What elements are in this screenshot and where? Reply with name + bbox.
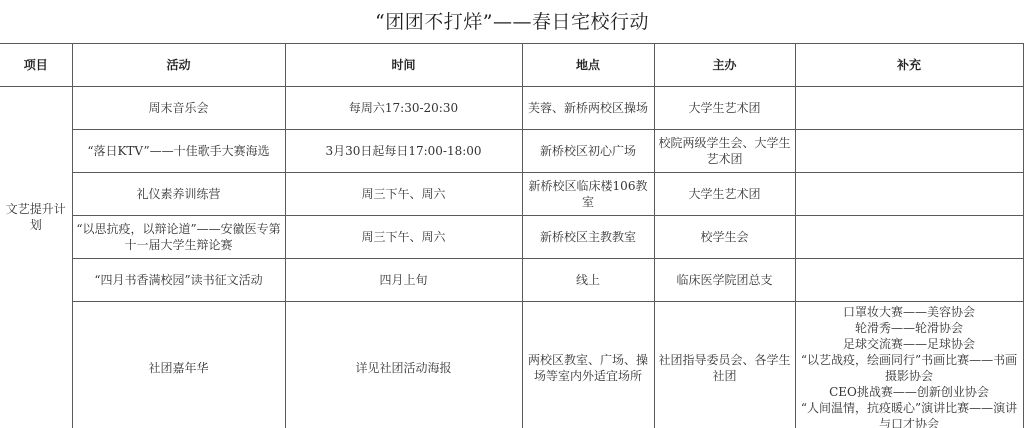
note-line: 轮滑秀——轮滑协会	[799, 320, 1020, 336]
table-row: “落日KTV”——十佳歌手大赛海选 3月30日起每日17:00-18:00 新桥…	[0, 130, 1023, 173]
notes-cell	[795, 259, 1023, 302]
notes-cell: 口罩妆大赛——美容协会 轮滑秀——轮滑协会 足球交流赛——足球协会 “以艺战疫，…	[795, 302, 1023, 428]
activity-cell: “以思抗疫，以辩论道”——安徽医专第十一届大学生辩论赛	[72, 216, 285, 259]
location-cell: 两校区教室、广场、操场等室内外适宜场所	[522, 302, 654, 428]
note-line: “人间温情，抗疫暖心”演讲比赛——演讲与口才协会	[799, 400, 1020, 428]
table-row: “四月书香满校园”读书征文活动 四月上旬 线上 临床医学院团总支	[0, 259, 1023, 302]
note-line: “以艺战疫，绘画同行”书画比赛——书画摄影协会	[799, 352, 1020, 384]
header-location: 地点	[522, 44, 654, 87]
activity-cell: “落日KTV”——十佳歌手大赛海选	[72, 130, 285, 173]
organizer-cell: 大学生艺术团	[654, 173, 795, 216]
time-cell: 周三下午、周六	[285, 216, 522, 259]
project-group-cell: 文艺提升计划	[0, 87, 72, 428]
location-cell: 线上	[522, 259, 654, 302]
table-row: 礼仪素养训练营 周三下午、周六 新桥校区临床楼106教室 大学生艺术团	[0, 173, 1023, 216]
table-row: 文艺提升计划 周末音乐会 每周六17:30-20:30 芙蓉、新桥两校区操场 大…	[0, 87, 1023, 130]
location-cell: 新桥校区初心广场	[522, 130, 654, 173]
time-cell: 周三下午、周六	[285, 173, 522, 216]
activity-cell: 社团嘉年华	[72, 302, 285, 428]
organizer-cell: 大学生艺术团	[654, 87, 795, 130]
notes-cell	[795, 216, 1023, 259]
note-line: CEO挑战赛——创新创业协会	[799, 384, 1020, 400]
location-cell: 新桥校区主教教室	[522, 216, 654, 259]
organizer-cell: 校院两级学生会、大学生艺术团	[654, 130, 795, 173]
header-time: 时间	[285, 44, 522, 87]
location-cell: 芙蓉、新桥两校区操场	[522, 87, 654, 130]
activity-cell: 礼仪素养训练营	[72, 173, 285, 216]
time-cell: 3月30日起每日17:00-18:00	[285, 130, 522, 173]
time-cell: 每周六17:30-20:30	[285, 87, 522, 130]
time-cell: 四月上旬	[285, 259, 522, 302]
notes-cell	[795, 130, 1023, 173]
project-group-label: 文艺提升计划	[6, 202, 66, 232]
notes-cell	[795, 87, 1023, 130]
header-notes: 补充	[795, 44, 1023, 87]
table-row: 社团嘉年华 详见社团活动海报 两校区教室、广场、操场等室内外适宜场所 社团指导委…	[0, 302, 1023, 428]
organizer-cell: 社团指导委员会、各学生社团	[654, 302, 795, 428]
document-title: “团团不打烊”——春日宅校行动	[0, 6, 1024, 38]
table-header-row: 项目 活动 时间 地点 主办 补充	[0, 44, 1023, 87]
header-organizer: 主办	[654, 44, 795, 87]
header-activity: 活动	[72, 44, 285, 87]
note-line: 足球交流赛——足球协会	[799, 336, 1020, 352]
activity-cell: “四月书香满校园”读书征文活动	[72, 259, 285, 302]
note-line: 口罩妆大赛——美容协会	[799, 304, 1020, 320]
header-project: 项目	[0, 44, 72, 87]
activity-schedule-table: 项目 活动 时间 地点 主办 补充 文艺提升计划 周末音乐会 每周六17:30-…	[0, 43, 1024, 428]
organizer-cell: 临床医学院团总支	[654, 259, 795, 302]
table-row: “以思抗疫，以辩论道”——安徽医专第十一届大学生辩论赛 周三下午、周六 新桥校区…	[0, 216, 1023, 259]
notes-list: 口罩妆大赛——美容协会 轮滑秀——轮滑协会 足球交流赛——足球协会 “以艺战疫，…	[799, 302, 1020, 428]
time-cell: 详见社团活动海报	[285, 302, 522, 428]
organizer-cell: 校学生会	[654, 216, 795, 259]
location-cell: 新桥校区临床楼106教室	[522, 173, 654, 216]
notes-cell	[795, 173, 1023, 216]
activity-cell: 周末音乐会	[72, 87, 285, 130]
